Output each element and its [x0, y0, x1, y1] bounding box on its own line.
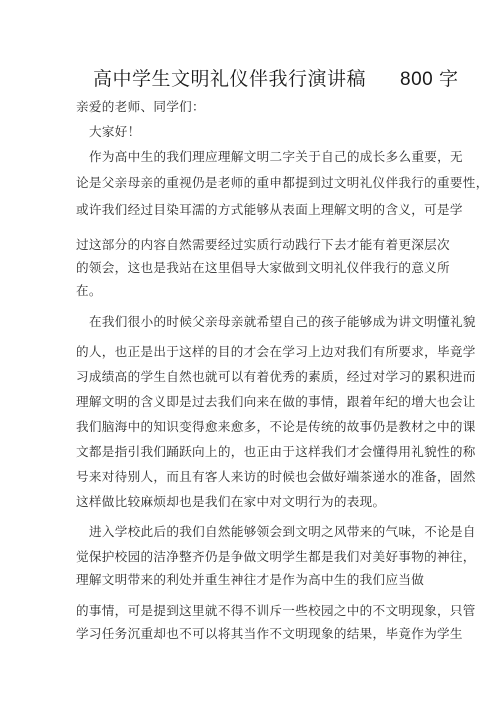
text-line: 觉保护校园的洁净整齐仍是争做文明学生都是我们对美好事物的神往， — [76, 546, 476, 565]
text-line: 号来对待别人，而且有客人来访的时候也会做好端茶递水的准备，固然 — [76, 466, 476, 485]
word-count: 800 字 — [400, 69, 458, 90]
salutation: 亲爱的老师、同学们： — [76, 96, 205, 115]
document-title: 高中学生文明礼仪伴我行演讲稿800 字 — [93, 64, 459, 91]
document-page: 高中学生文明礼仪伴我行演讲稿800 字 亲爱的老师、同学们： 大家好！ 作为高中… — [0, 0, 500, 708]
text-line: 学习任务沉重却也不可以将其当作不文明现象的结果，毕竟作为学生 — [76, 623, 463, 642]
text-line: 论是父亲母亲的重视仍是老师的重申都提到过文明礼仪伴我行的重要性， — [76, 172, 489, 191]
text-line: 在我们很小的时候父亲母亲就希望自己的孩子能够成为讲文明懂礼貌 — [89, 311, 476, 330]
text-line: 理解文明的含义即是过去我们向来在做的事情，跟着年纪的增大也会让 — [76, 391, 476, 410]
text-line: 文都是指引我们踊跃向上的，也正由于这样我们才会懂得用礼貌性的称 — [76, 441, 476, 460]
text-line: 进入学校此后的我们自然能够领会到文明之风带来的气味，不论是自 — [89, 521, 476, 540]
text-line: 的事情，可是提到这里就不得不训斥一些校园之中的不文明现象，只管 — [76, 600, 476, 619]
text-line: 习成绩高的学生自然也就可以有着优秀的素质，经过对学习的累积进而 — [76, 366, 476, 385]
greeting: 大家好！ — [89, 121, 141, 140]
text-line: 我们脑海中的知识变得愈来愈多，不论是传统的故事仍是教材之中的课 — [76, 416, 476, 435]
text-line: 在。 — [76, 280, 102, 299]
text-line: 这样做比较麻烦却也是我们在家中对文明行为的表现。 — [76, 491, 385, 510]
text-line: 的人，也正是出于这样的目的才会在学习上边对我们有所要求，毕竟学 — [76, 341, 476, 360]
text-line: 理解文明带来的利处并重生神往才是作为高中生的我们应当做 — [76, 569, 424, 588]
text-line: 的领会，这也是我站在这里倡导大家做到文明礼仪伴我行的意义所 — [76, 257, 450, 276]
text-line: 过这部分的内容自然需要经过实质行动践行下去才能有着更深层次 — [76, 234, 450, 253]
text-line: 或许我们经过目染耳濡的方式能够从表面上理解文明的含义，可是学 — [76, 199, 463, 218]
text-line: 作为高中生的我们理应理解文明二字关于自己的成长多么重要，无 — [89, 146, 463, 165]
title-text: 高中学生文明礼仪伴我行演讲稿 — [93, 68, 366, 90]
